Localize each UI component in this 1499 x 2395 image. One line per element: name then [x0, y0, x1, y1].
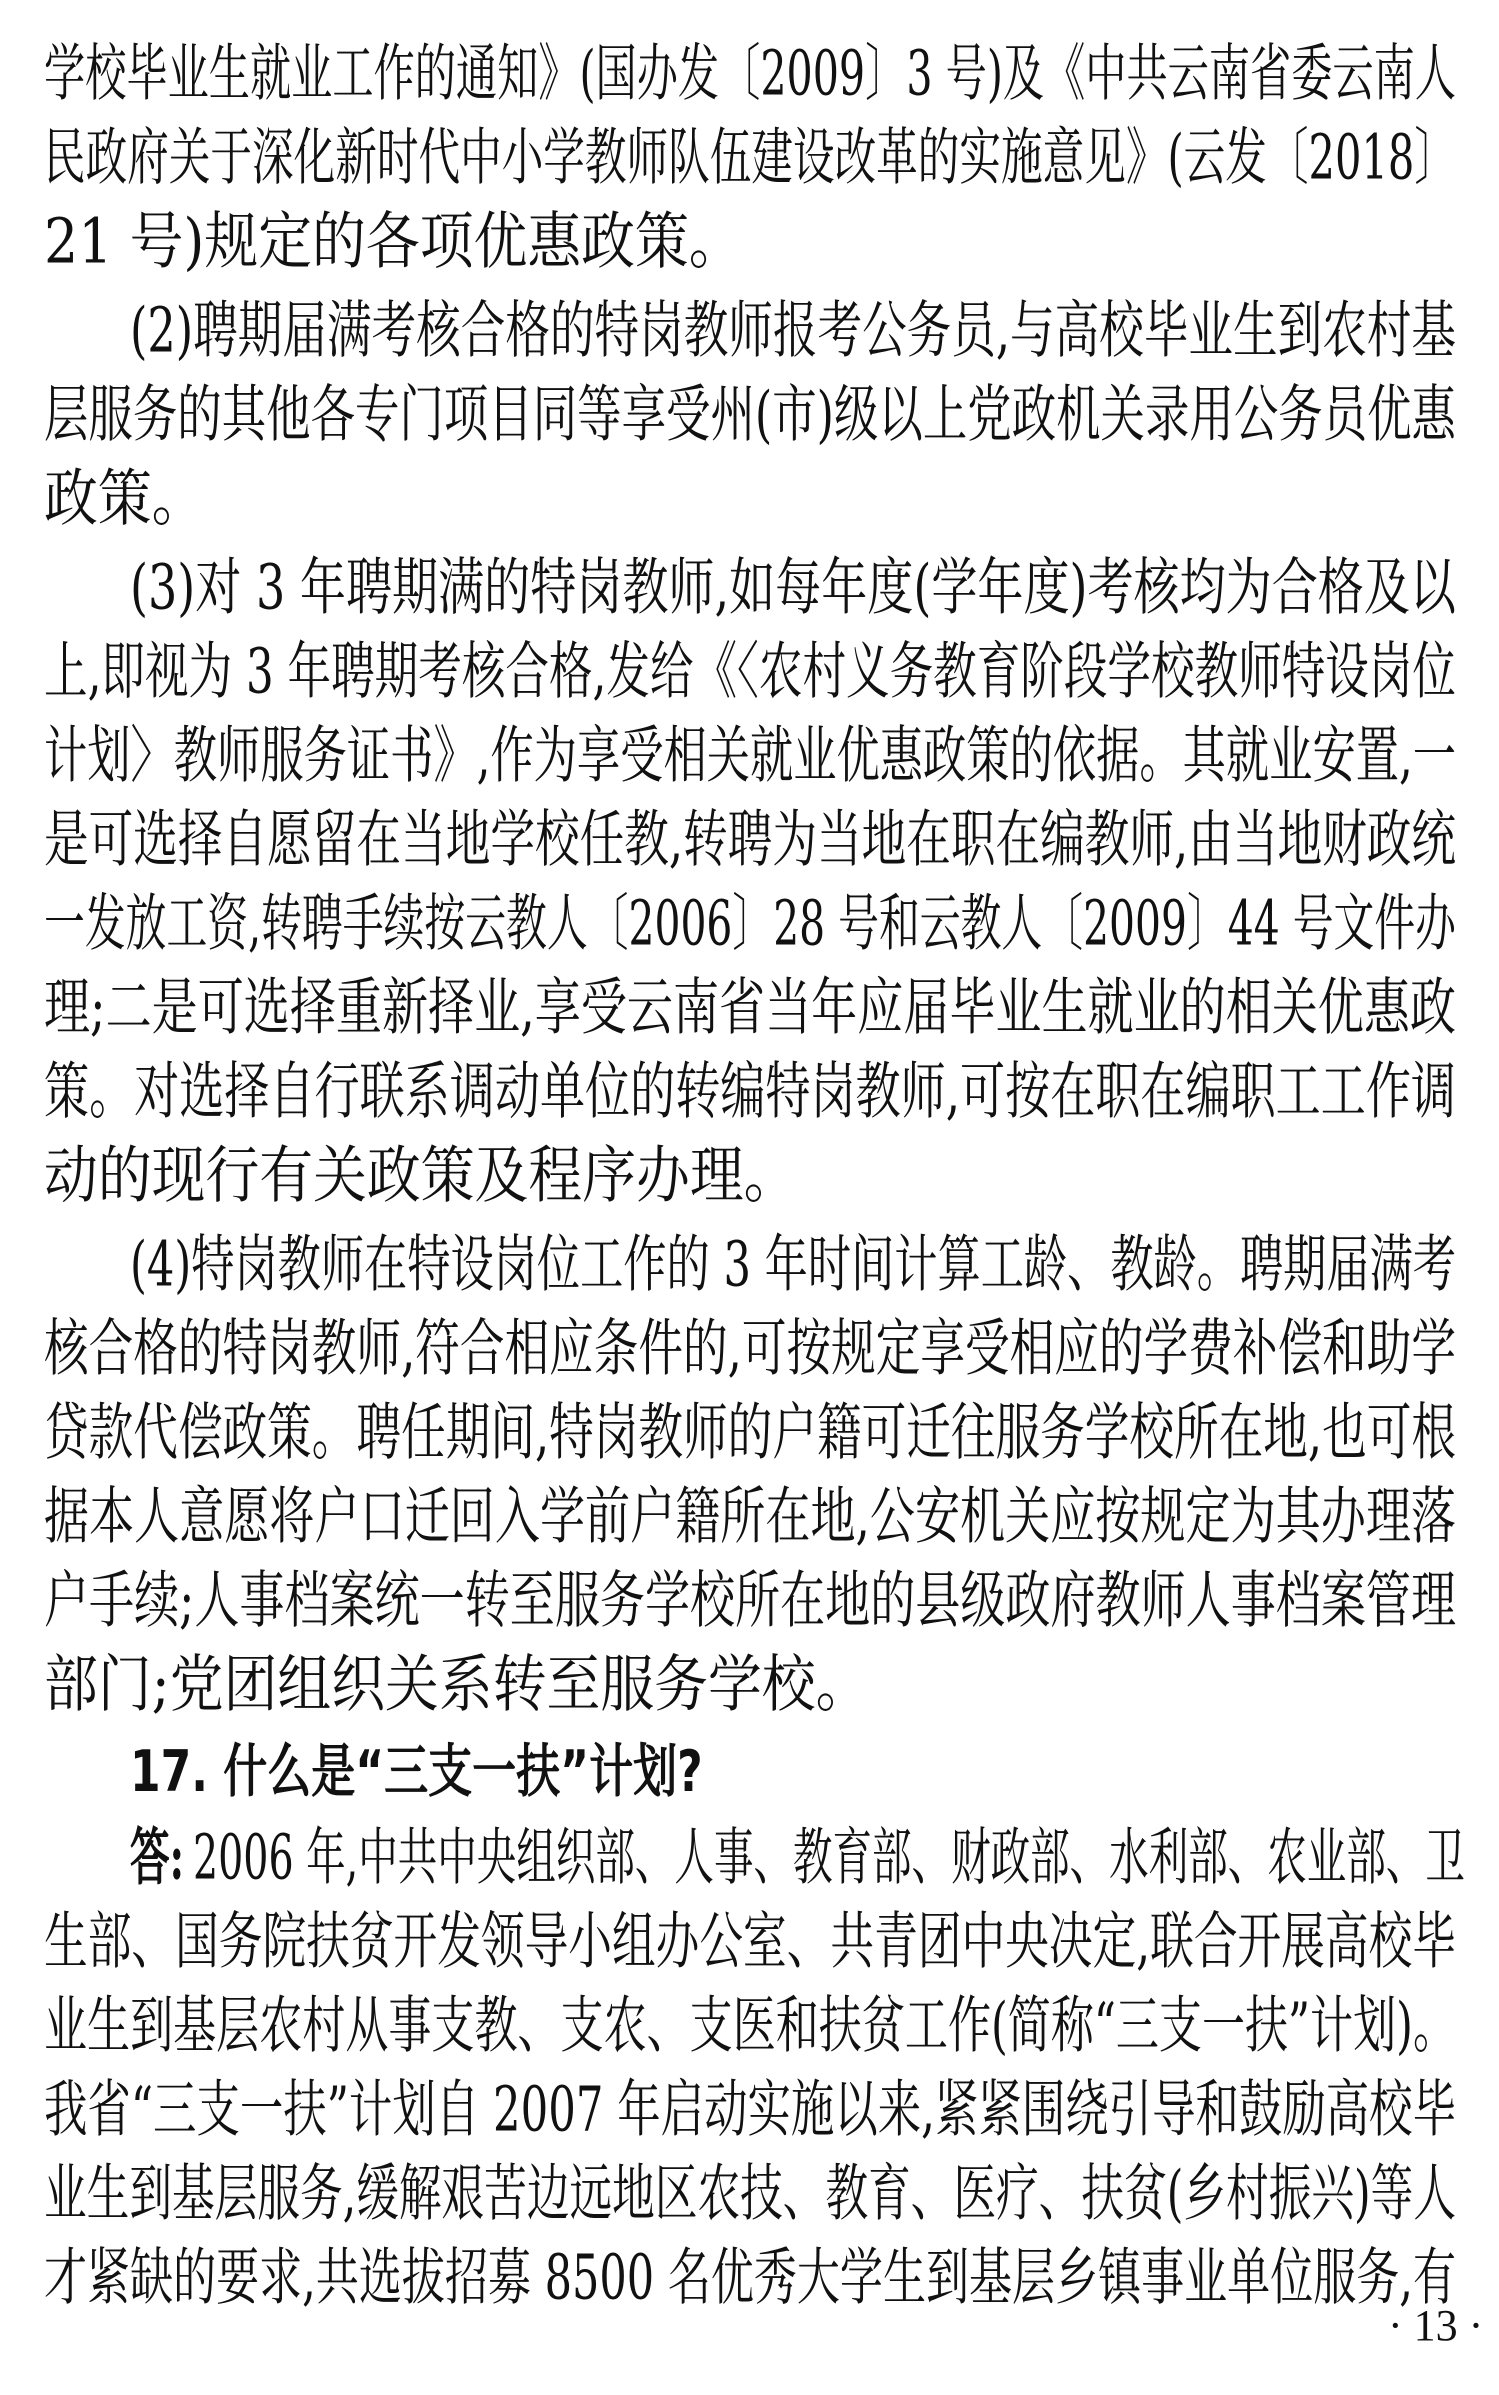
text-line: (2)聘期届满考核合格的特岗教师报考公务员,与高校毕业生到农村基: [130, 295, 1456, 365]
text-line: 核合格的特岗教师,符合相应条件的,可按规定享受相应的学费补偿和助学: [44, 1313, 1456, 1383]
text-line-content: 政策。: [44, 451, 205, 546]
text-line-content: (3)对 3 年聘期满的特岗教师,如每年度(学年度)考核均为合格及以: [130, 540, 1456, 635]
text-line-content: 部门;党团组织关系转至服务学校。: [44, 1637, 869, 1732]
answer-line: 答:2006 年,中共中央组织部、人事、教育部、财政部、水利部、农业部、卫: [130, 1822, 1456, 1892]
text-line: 动的现行有关政策及程序办理。: [44, 1140, 1456, 1210]
text-line: 是可选择自愿留在当地学校任教,转聘为当地在职在编教师,由当地财政统: [44, 804, 1456, 874]
text-line: 学校毕业生就业工作的通知》(国办发〔2009〕3 号)及《中共云南省委云南人: [44, 38, 1456, 108]
text-line: 计划〉教师服务证书》,作为享受相关就业优惠政策的依据。其就业安置,一: [44, 720, 1456, 790]
text-line: 贷款代偿政策。聘任期间,特岗教师的户籍可迁往服务学校所在地,也可根: [44, 1397, 1456, 1467]
text-line-content: 据本人意愿将户口迁回入学前户籍所在地,公安机关应按规定为其办理落: [44, 1469, 1456, 1564]
text-line: 部门;党团组织关系转至服务学校。: [44, 1649, 1456, 1719]
text-line-content: 学校毕业生就业工作的通知》(国办发〔2009〕3 号)及《中共云南省委云南人: [44, 26, 1456, 121]
text-line: 据本人意愿将户口迁回入学前户籍所在地,公安机关应按规定为其办理落: [44, 1481, 1456, 1551]
text-line: 策。对选择自行联系调动单位的转编特岗教师,可按在职在编职工工作调: [44, 1056, 1456, 1126]
text-line: 户手续;人事档案统一转至服务学校所在地的县级政府教师人事档案管理: [44, 1565, 1456, 1635]
text-line-content: 民政府关于深化新时代中小学教师队伍建设改革的实施意见》(云发〔2018〕: [44, 110, 1456, 205]
text-line: 层服务的其他各专门项目同等享受州(市)级以上党政机关录用公务员优惠: [44, 379, 1456, 449]
text-line-content: 层服务的其他各专门项目同等享受州(市)级以上党政机关录用公务员优惠: [44, 367, 1456, 462]
answer-line-content: 2006 年,中共中央组织部、人事、教育部、财政部、水利部、农业部、卫: [193, 1810, 1465, 1905]
text-line-content: 贷款代偿政策。聘任期间,特岗教师的户籍可迁往服务学校所在地,也可根: [44, 1385, 1456, 1480]
page-number: · 13 ·: [1388, 2300, 1483, 2351]
text-line: 21 号)规定的各项优惠政策。: [44, 206, 1456, 276]
document-page: 学校毕业生就业工作的通知》(国办发〔2009〕3 号)及《中共云南省委云南人民政…: [0, 0, 1499, 2395]
answer-line: 业生到基层服务,缓解艰苦边远地区农技、教育、医疗、扶贫(乡村振兴)等人: [44, 2158, 1456, 2228]
answer-line-content: 业生到基层农村从事支教、支农、支医和扶贫工作(简称“三支一扶”计划)。: [44, 1978, 1456, 2073]
text-line-content: 核合格的特岗教师,符合相应条件的,可按规定享受相应的学费补偿和助学: [44, 1301, 1456, 1396]
text-line-content: 上,即视为 3 年聘期考核合格,发给《〈农村义务教育阶段学校教师特设岗位: [44, 624, 1456, 719]
text-line-content: 计划〉教师服务证书》,作为享受相关就业优惠政策的依据。其就业安置,一: [44, 708, 1456, 803]
text-line: (3)对 3 年聘期满的特岗教师,如每年度(学年度)考核均为合格及以: [130, 552, 1456, 622]
text-line: 政策。: [44, 463, 1456, 533]
text-line: 理;二是可选择重新择业,享受云南省当年应届毕业生就业的相关优惠政: [44, 972, 1456, 1042]
text-line-content: 是可选择自愿留在当地学校任教,转聘为当地在职在编教师,由当地财政统: [44, 792, 1456, 887]
answer-label: 答:: [130, 1810, 184, 1905]
answer-line-content: 才紧缺的要求,共选拔招募 8500 名优秀大学生到基层乡镇事业单位服务,有: [44, 2230, 1456, 2325]
answer-line-content: 我省“三支一扶”计划自 2007 年启动实施以来,紧紧围绕引导和鼓励高校毕: [44, 2062, 1456, 2157]
answer-line: 才紧缺的要求,共选拔招募 8500 名优秀大学生到基层乡镇事业单位服务,有: [44, 2242, 1456, 2312]
text-line-content: 21 号)规定的各项优惠政策。: [44, 194, 743, 289]
answer-line: 我省“三支一扶”计划自 2007 年启动实施以来,紧紧围绕引导和鼓励高校毕: [44, 2074, 1456, 2144]
text-line-content: 理;二是可选择重新择业,享受云南省当年应届毕业生就业的相关优惠政: [44, 960, 1456, 1055]
text-line: 上,即视为 3 年聘期考核合格,发给《〈农村义务教育阶段学校教师特设岗位: [44, 636, 1456, 706]
text-line: 民政府关于深化新时代中小学教师队伍建设改革的实施意见》(云发〔2018〕: [44, 122, 1456, 192]
answer-line-content: 生部、国务院扶贫开发领导小组办公室、共青团中央决定,联合开展高校毕: [44, 1894, 1456, 1989]
question-heading: 17. 什么是“三支一扶”计划?: [130, 1738, 703, 1808]
text-line-content: 策。对选择自行联系调动单位的转编特岗教师,可按在职在编职工工作调: [44, 1044, 1456, 1139]
text-line-content: 动的现行有关政策及程序办理。: [44, 1128, 797, 1223]
answer-line: 业生到基层农村从事支教、支农、支医和扶贫工作(简称“三支一扶”计划)。: [44, 1990, 1456, 2060]
text-line-content: (4)特岗教师在特设岗位工作的 3 年时间计算工龄、教龄。聘期届满考: [130, 1217, 1456, 1312]
text-line-content: 户手续;人事档案统一转至服务学校所在地的县级政府教师人事档案管理: [44, 1553, 1456, 1648]
text-line: 一发放工资,转聘手续按云教人〔2006〕28 号和云教人〔2009〕44 号文件…: [44, 888, 1456, 958]
answer-line: 生部、国务院扶贫开发领导小组办公室、共青团中央决定,联合开展高校毕: [44, 1906, 1456, 1976]
text-line-content: (2)聘期届满考核合格的特岗教师报考公务员,与高校毕业生到农村基: [130, 283, 1456, 378]
text-line: (4)特岗教师在特设岗位工作的 3 年时间计算工龄、教龄。聘期届满考: [130, 1229, 1456, 1299]
answer-line-content: 业生到基层服务,缓解艰苦边远地区农技、教育、医疗、扶贫(乡村振兴)等人: [44, 2146, 1456, 2241]
text-line-content: 一发放工资,转聘手续按云教人〔2006〕28 号和云教人〔2009〕44 号文件…: [44, 876, 1456, 971]
